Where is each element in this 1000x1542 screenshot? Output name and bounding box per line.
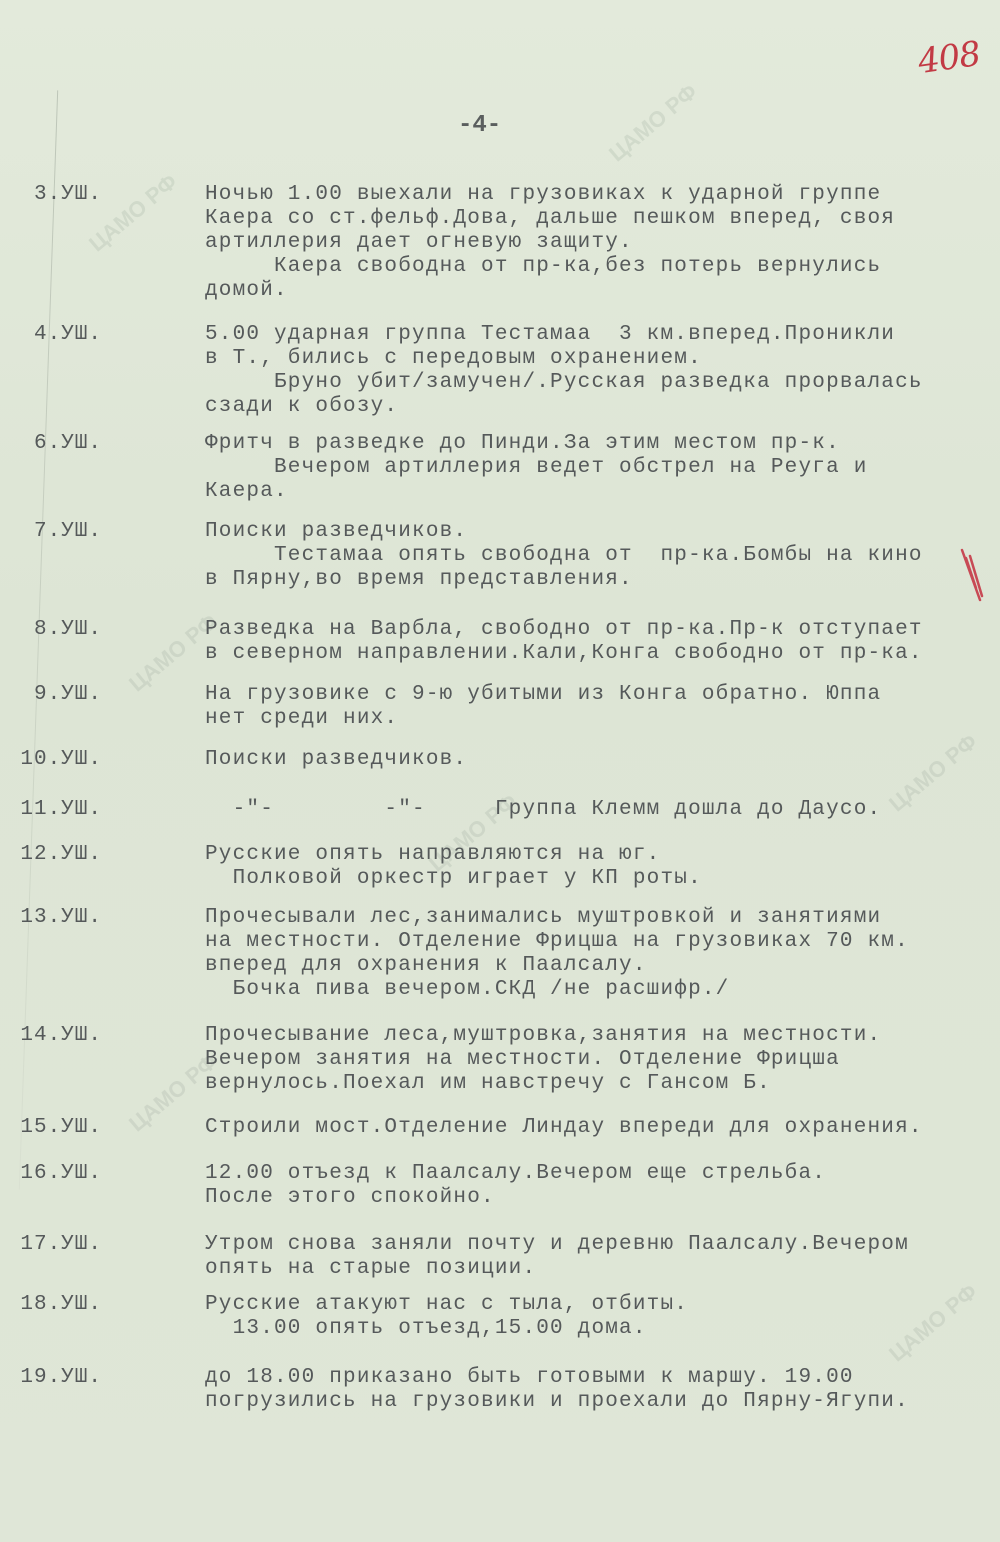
entry-text-line: погрузились на грузовики и проехали до П… — [205, 1390, 909, 1414]
entry-text-line: На грузовике с 9-ю убитыми из Конга обра… — [205, 683, 881, 707]
entry-text-line: в Пярну,во время представления. — [205, 568, 633, 592]
entry-date: 13.УШ. — [2, 906, 102, 930]
entry-text-line: Строили мост.Отделение Линдау впереди дл… — [205, 1116, 923, 1140]
entry-text-line: Утром снова заняли почту и деревню Паалс… — [205, 1233, 909, 1257]
entry-date: 10.УШ. — [2, 748, 102, 772]
entry-date: 6.УШ. — [2, 432, 102, 456]
archive-folio-number: 408 — [916, 34, 983, 82]
entry-text-line: Поиски разведчиков. — [205, 520, 467, 544]
entry-text-line: Каера. — [205, 480, 288, 504]
entry-date: 14.УШ. — [2, 1024, 102, 1048]
entry-text-line: Полковой оркестр играет у КП роты. — [205, 867, 702, 891]
entry-text-line: Разведка на Варбла, свободно от пр-ка.Пр… — [205, 618, 923, 642]
entry-text-line: -"- -"- Группа Клемм дошла до Даусо. — [205, 798, 881, 822]
entry-date: 15.УШ. — [2, 1116, 102, 1140]
entry-text-line: в Т., бились с передовым охранением. — [205, 347, 702, 371]
entry-text-line: 5.00 ударная группа Тестамаа 3 км.вперед… — [205, 323, 895, 347]
entry-text-line: в северном направлении.Кали,Конга свобод… — [205, 642, 923, 666]
page-number: -4- — [458, 112, 501, 139]
entry-text-line: вперед для охранения к Паалсалу. — [205, 954, 647, 978]
entry-date: 4.УШ. — [2, 323, 102, 347]
entry-text-line: Бруно убит/замучен/.Русская разведка про… — [205, 371, 923, 395]
entry-text-line: Прочесывали лес,занимались муштровкой и … — [205, 906, 881, 930]
entry-text-line: Каера свободна от пр-ка,без потерь верну… — [205, 255, 881, 279]
entry-date: 16.УШ. — [2, 1162, 102, 1186]
entry-text-line: 12.00 отъезд к Паалсалу.Вечером еще стре… — [205, 1162, 826, 1186]
entry-text-line: Русские атакуют нас с тыла, отбиты. — [205, 1293, 688, 1317]
entry-text-line: до 18.00 приказано быть готовыми к маршу… — [205, 1366, 854, 1390]
entry-text-line: Ночью 1.00 выехали на грузовиках к ударн… — [205, 183, 881, 207]
entry-date: 17.УШ. — [2, 1233, 102, 1257]
entry-text-line: После этого спокойно. — [205, 1186, 495, 1210]
entry-date: 19.УШ. — [2, 1366, 102, 1390]
entry-date: 9.УШ. — [2, 683, 102, 707]
entry-text-line: Вечером артиллерия ведет обстрел на Реуг… — [205, 456, 868, 480]
entry-text-line: Прочесывание леса,муштровка,занятия на м… — [205, 1024, 881, 1048]
entry-text-line: опять на старые позиции. — [205, 1257, 536, 1281]
entry-text-line: артиллерия дает огневую защиту. — [205, 231, 633, 255]
entry-text-line: нет среди них. — [205, 707, 398, 731]
entry-text-line: Вечером занятия на местности. Отделение … — [205, 1048, 840, 1072]
entry-date: 3.УШ. — [2, 183, 102, 207]
watermark: ЦАМО РФ — [604, 79, 702, 167]
watermark: ЦАМО РФ — [884, 1279, 982, 1367]
entry-text-line: Бочка пива вечером.СКД /не расшифр./ — [205, 978, 729, 1002]
red-check-mark-icon — [958, 548, 984, 604]
entry-text-line: Поиски разведчиков. — [205, 748, 467, 772]
document-page: ЦАМО РФ ЦАМО РФ ЦАМО РФ ЦАМО РФ ЦАМО РФ … — [0, 0, 1000, 1542]
watermark: ЦАМО РФ — [884, 729, 982, 817]
entry-text-line: вернулось.Поехал им навстречу с Гансом Б… — [205, 1072, 771, 1096]
entry-date: 12.УШ. — [2, 843, 102, 867]
entry-text-line: Каера со ст.фельф.Дова, дальше пешком вп… — [205, 207, 895, 231]
entry-date: 18.УШ. — [2, 1293, 102, 1317]
entry-text-line: 13.00 опять отъезд,15.00 дома. — [205, 1317, 647, 1341]
entry-text-line: на местности. Отделение Фрицша на грузов… — [205, 930, 909, 954]
entry-date: 11.УШ. — [2, 798, 102, 822]
entry-text-line: сзади к обозу. — [205, 395, 398, 419]
entry-date: 8.УШ. — [2, 618, 102, 642]
entry-text-line: Тестамаа опять свободна от пр-ка.Бомбы н… — [205, 544, 923, 568]
entry-text-line: Русские опять направляются на юг. — [205, 843, 660, 867]
entry-date: 7.УШ. — [2, 520, 102, 544]
entry-text-line: Фритч в разведке до Пинди.За этим местом… — [205, 432, 840, 456]
entry-text-line: домой. — [205, 279, 288, 303]
